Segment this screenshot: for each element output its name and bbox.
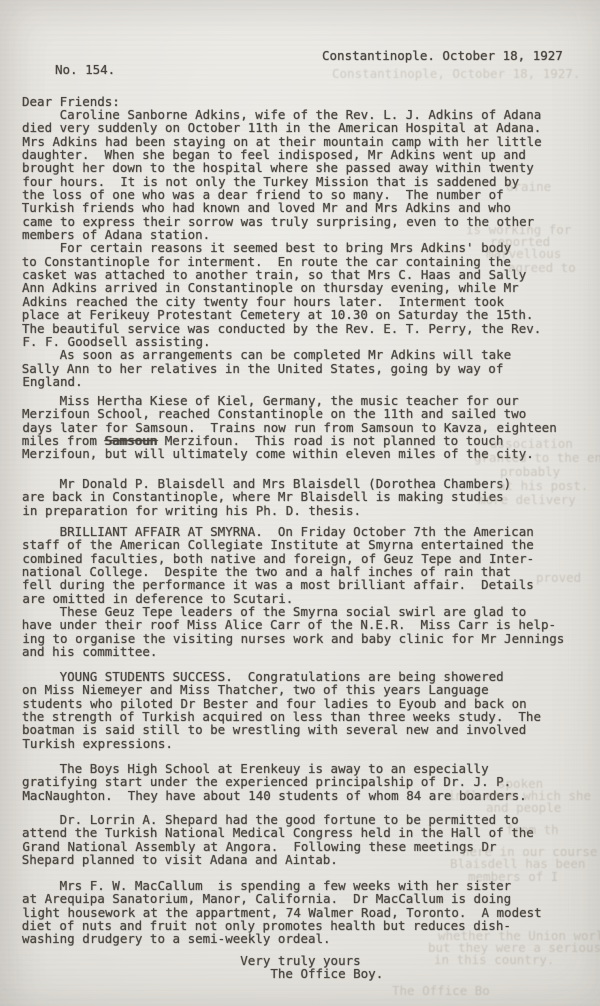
letter-line: Grand National Assembly at Angora. Follo… bbox=[22, 840, 534, 853]
letter-line: BRILLIANT AFFAIR AT SMYRNA. On Friday Oc… bbox=[22, 525, 564, 538]
letter-line: As soon as arrangements can be completed… bbox=[22, 348, 541, 361]
bleedthrough-text: marvellous bbox=[486, 247, 561, 260]
bleedthrough-text: The Office Bo bbox=[392, 984, 490, 997]
letter-line: The Boys High School at Erenkeuy is away… bbox=[22, 762, 526, 775]
letter-line: Dr. Lorrin A. Shepard had the good fortu… bbox=[22, 813, 534, 826]
letter-line: YOUNG STUDENTS SUCCESS. Congratulations … bbox=[22, 670, 541, 683]
letter-line: are omitted in deference to Scutari. bbox=[22, 592, 564, 605]
letter-line: in preparation for writing his Ph. D. th… bbox=[22, 504, 511, 517]
letter-line: Mr Donald P. Blaisdell and Mrs Blaisdell… bbox=[22, 477, 511, 490]
letter-line: days later for Samsoun. Trains now run f… bbox=[22, 421, 556, 434]
letter-line: boatman is said still to be wrestling wi… bbox=[22, 723, 541, 736]
letter-line: national College. Despite the two and a … bbox=[22, 565, 564, 578]
paragraph-students: YOUNG STUDENTS SUCCESS. Congratulations … bbox=[22, 670, 541, 750]
letter-line: Adkins reached the city twenty four hour… bbox=[22, 295, 541, 308]
letter-line: Miss Hertha Kiese of Kiel, Germany, the … bbox=[22, 394, 556, 407]
letter-line: miles from Samsoun Merzifoun. This road … bbox=[22, 434, 556, 447]
letter-line: died very suddenly on October 11th in th… bbox=[22, 121, 541, 134]
letter-line: ing to organise the visiting nurses work… bbox=[22, 632, 564, 645]
letter-line: on Miss Niemeyer and Miss Thatcher, two … bbox=[22, 683, 541, 696]
bleedthrough-text: proved bbox=[536, 571, 581, 584]
letter-line: Sally Ann to her relatives in the United… bbox=[22, 362, 541, 375]
letter-line: Merzifoun School, reached Constantinople… bbox=[22, 407, 556, 420]
letter-line: The Office Boy. bbox=[22, 967, 383, 980]
letter-line: have under their roof Miss Alice Carr of… bbox=[22, 618, 564, 631]
bleedthrough-text: from th bbox=[506, 823, 559, 836]
letter-line: came to express their sorrow was truly s… bbox=[22, 215, 541, 228]
letter-line: students who piloted Dr Bester and four … bbox=[22, 697, 541, 710]
paragraphs-adkins: Caroline Sanborne Adkins, wife of the Re… bbox=[22, 108, 541, 388]
letter-line: are back in Constantinople, where Mr Bla… bbox=[22, 490, 511, 503]
bleedthrough-text: granted to the end bbox=[474, 451, 600, 464]
letter-line: Ann Adkins arrived in Constantinople on … bbox=[22, 281, 541, 294]
letter-line: light housework at the appartment, 74 Wa… bbox=[22, 906, 541, 919]
letter-line: casket was attached to another train, so… bbox=[22, 268, 541, 281]
letter-line: combined faculties, both native and fore… bbox=[22, 552, 564, 565]
letter-line: gratifying start under the experienced p… bbox=[22, 775, 526, 788]
bleedthrough-text: agreed to bbox=[508, 261, 576, 274]
letter-line: the strength of Turkish acquired on less… bbox=[22, 710, 541, 723]
bleedthrough-text: Constantinople, October 18, 1927. bbox=[332, 67, 580, 80]
letter-line: staff of the American Collegiate Institu… bbox=[22, 538, 564, 551]
letter-line: members of Adana station. bbox=[22, 228, 541, 241]
letter-line: For certain reasons it seemed best to br… bbox=[22, 241, 541, 254]
letter-line: Turkish friends who had known and loved … bbox=[22, 201, 541, 214]
bleedthrough-text: more delivery bbox=[478, 493, 576, 506]
letter-line: Mrs F. W. MacCallum is spending a few we… bbox=[22, 879, 541, 892]
letter-line: the loss of one who was a dear friend to… bbox=[22, 188, 541, 201]
letter-line: daughter. When she began to feel indispo… bbox=[22, 148, 541, 161]
bleedthrough-text: association bbox=[490, 437, 573, 450]
paragraph-blaisdell: Mr Donald P. Blaisdell and Mrs Blaisdell… bbox=[22, 477, 511, 517]
bleedthrough-text: Graine bbox=[506, 180, 551, 193]
bleedthrough-text: members of I bbox=[468, 870, 558, 883]
bleedthrough-text: at his post. bbox=[498, 479, 588, 492]
dateline: Constantinople. October 18, 1927 bbox=[322, 49, 563, 62]
letter-line: brought her down to the hospital where s… bbox=[22, 161, 541, 174]
letter-line: Caroline Sanborne Adkins, wife of the Re… bbox=[22, 108, 541, 121]
letter-line: place at Ferikeuy Protestant Cemetery at… bbox=[22, 308, 541, 321]
letter-line: Mrs Adkins had been staying on at their … bbox=[22, 135, 541, 148]
letter-line: at Arequipa Sanatorium, Manor, Californi… bbox=[22, 892, 541, 905]
bleedthrough-text: in this country. bbox=[434, 953, 554, 966]
typewritten-letter-page: Constantinople. October 18, 1927 No. 154… bbox=[0, 0, 600, 1006]
letter-line: Turkish expressions. bbox=[22, 737, 541, 750]
closing: Very truly yours The Office Boy. bbox=[22, 954, 383, 981]
bleedthrough-text: probably bbox=[500, 465, 560, 478]
paragraphs-smyrna: BRILLIANT AFFAIR AT SMYRNA. On Friday Oc… bbox=[22, 525, 564, 658]
letter-line: F. F. Goodsell assisting. bbox=[22, 335, 541, 348]
overstruck-word: Samsoun bbox=[104, 433, 157, 448]
letter-line: fell during the performance it was a mos… bbox=[22, 578, 564, 591]
letter-line: four hours. It is not only the Turkey Mi… bbox=[22, 175, 541, 188]
letter-line: England. bbox=[22, 375, 541, 388]
letter-line: The beautiful service was conducted by t… bbox=[22, 322, 541, 335]
letter-line: attend the Turkish National Medical Cong… bbox=[22, 826, 534, 839]
letter-line: to Constantinople for interment. En rout… bbox=[22, 255, 541, 268]
letter-line: These Geuz Tepe leaders of the Smyrna so… bbox=[22, 605, 564, 618]
bleedthrough-text: and people bbox=[486, 801, 561, 814]
document-number: No. 154. bbox=[55, 63, 115, 76]
letter-line: and his committee. bbox=[22, 645, 564, 658]
letter-line: Very truly yours bbox=[22, 954, 383, 967]
